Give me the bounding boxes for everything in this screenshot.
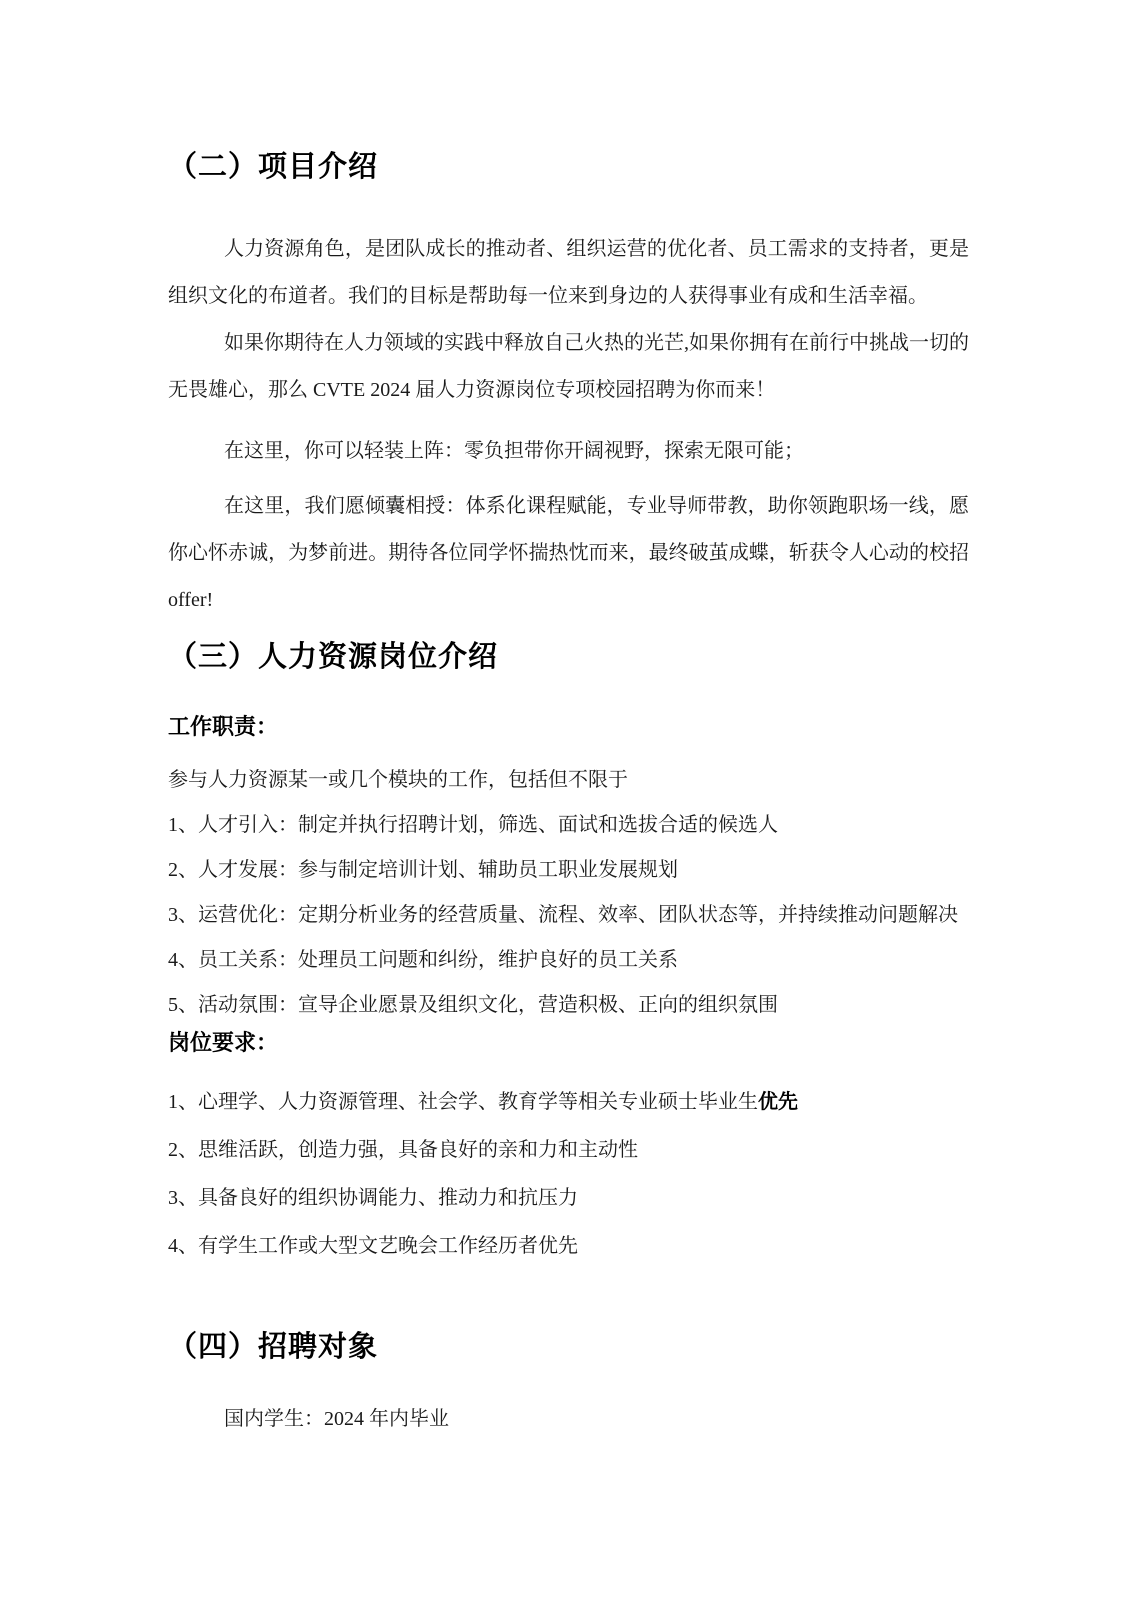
section-heading-recruitment-target: （四）招聘对象: [168, 1330, 969, 1364]
duty-item: 1、人才引入：制定并执行招聘计划，筛选、面试和选拔合适的候选人: [168, 803, 969, 848]
requirements-list: 1、心理学、人力资源管理、社会学、教育学等相关专业硕士毕业生优先 2、思维活跃，…: [168, 1078, 969, 1270]
requirement-text: 2、思维活跃，创造力强，具备良好的亲和力和主动性: [168, 1139, 638, 1161]
document-page: （二）项目介绍 人力资源角色，是团队成长的推动者、组织运营的优化者、员工需求的支…: [0, 0, 1139, 1612]
document-content: （二）项目介绍 人力资源角色，是团队成长的推动者、组织运营的优化者、员工需求的支…: [168, 150, 969, 1432]
duty-item: 2、人才发展：参与制定培训计划、辅助员工职业发展规划: [168, 848, 969, 893]
duty-item: 3、运营优化：定期分析业务的经营质量、流程、效率、团队状态等，并持续推动问题解决: [168, 893, 969, 938]
duty-item: 5、活动氛围：宣导企业愿景及组织文化，营造积极、正向的组织氛围: [168, 983, 969, 1028]
requirement-item: 4、有学生工作或大型文艺晚会工作经历者优先: [168, 1222, 969, 1270]
paragraph-hr-role: 人力资源角色，是团队成长的推动者、组织运营的优化者、员工需求的支持者，更是组织文…: [168, 226, 969, 320]
requirement-text: 4、有学生工作或大型文艺晚会工作经历者优先: [168, 1235, 578, 1257]
duties-list: 1、人才引入：制定并执行招聘计划，筛选、面试和选拔合适的候选人 2、人才发展：参…: [168, 803, 969, 1028]
section-heading-hr-position-intro: （三）人力资源岗位介绍: [168, 640, 969, 674]
requirement-item: 1、心理学、人力资源管理、社会学、教育学等相关专业硕士毕业生优先: [168, 1078, 969, 1126]
requirement-item: 3、具备良好的组织协调能力、推动力和抗压力: [168, 1174, 969, 1222]
paragraph-invitation: 如果你期待在人力领域的实践中释放自己火热的光芒,如果你拥有在前行中挑战一切的无畏…: [168, 320, 969, 414]
paragraph-here-mentoring: 在这里，我们愿倾囊相授：体系化课程赋能，专业导师带教，助你领跑职场一线，愿你心怀…: [168, 483, 969, 624]
section-heading-project-intro: （二）项目介绍: [168, 150, 969, 184]
requirement-text: 1、心理学、人力资源管理、社会学、教育学等相关专业硕士毕业生: [168, 1091, 758, 1113]
duties-intro: 参与人力资源某一或几个模块的工作，包括但不限于: [168, 758, 969, 803]
requirement-item: 2、思维活跃，创造力强，具备良好的亲和力和主动性: [168, 1126, 969, 1174]
paragraph-here-explore: 在这里，你可以轻装上阵：零负担带你开阔视野，探索无限可能；: [168, 428, 969, 475]
paragraph-domestic-students: 国内学生：2024 年内毕业: [168, 1406, 969, 1432]
requirement-bold-suffix: 优先: [758, 1091, 798, 1113]
duty-item: 4、员工关系：处理员工问题和纠纷，维护良好的员工关系: [168, 938, 969, 983]
requirements-label: 岗位要求：: [168, 1030, 969, 1056]
requirement-text: 3、具备良好的组织协调能力、推动力和抗压力: [168, 1187, 578, 1209]
duties-label: 工作职责：: [168, 714, 969, 740]
